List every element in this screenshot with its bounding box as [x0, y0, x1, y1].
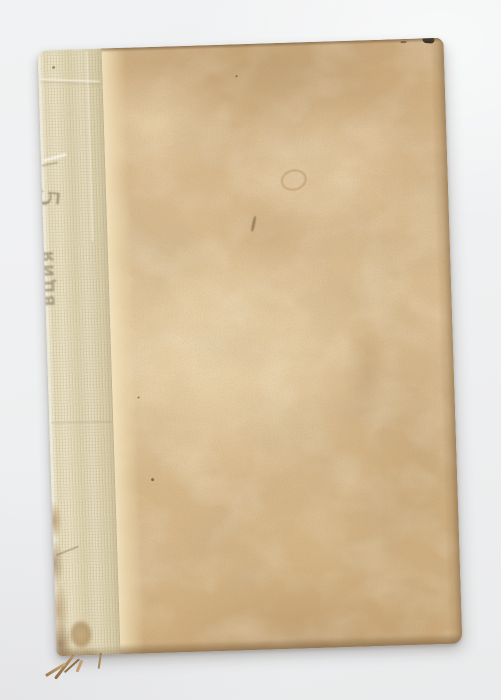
- spine-crease: [41, 78, 101, 82]
- ink-speck: [235, 75, 237, 77]
- pencil-scribble: [41, 161, 58, 166]
- paper-texture: [101, 38, 463, 654]
- loose-thread: [75, 659, 83, 672]
- loose-thread: [45, 662, 66, 677]
- ink-speck: [151, 478, 154, 481]
- spine-speck: [52, 66, 55, 69]
- ring-stain: [279, 167, 309, 194]
- chalk-scribble: [43, 153, 67, 162]
- board-right-edge: [429, 38, 462, 644]
- loose-thread: [54, 654, 75, 679]
- spine-handwritten-mark: 5: [38, 187, 65, 209]
- loose-thread: [98, 653, 102, 669]
- loose-thread: [64, 658, 80, 673]
- spine-stamp-fragment: ВЦИЯ: [39, 249, 59, 307]
- spine-crease: [51, 421, 111, 424]
- ink-speck: [138, 396, 140, 398]
- board-top-edge: [101, 38, 444, 53]
- ink-squiggle-mark: [250, 216, 256, 232]
- book: 5 ВЦИЯ: [38, 38, 463, 656]
- cover-board: [101, 38, 463, 654]
- photo-backdrop: 5 ВЦИЯ: [0, 0, 501, 700]
